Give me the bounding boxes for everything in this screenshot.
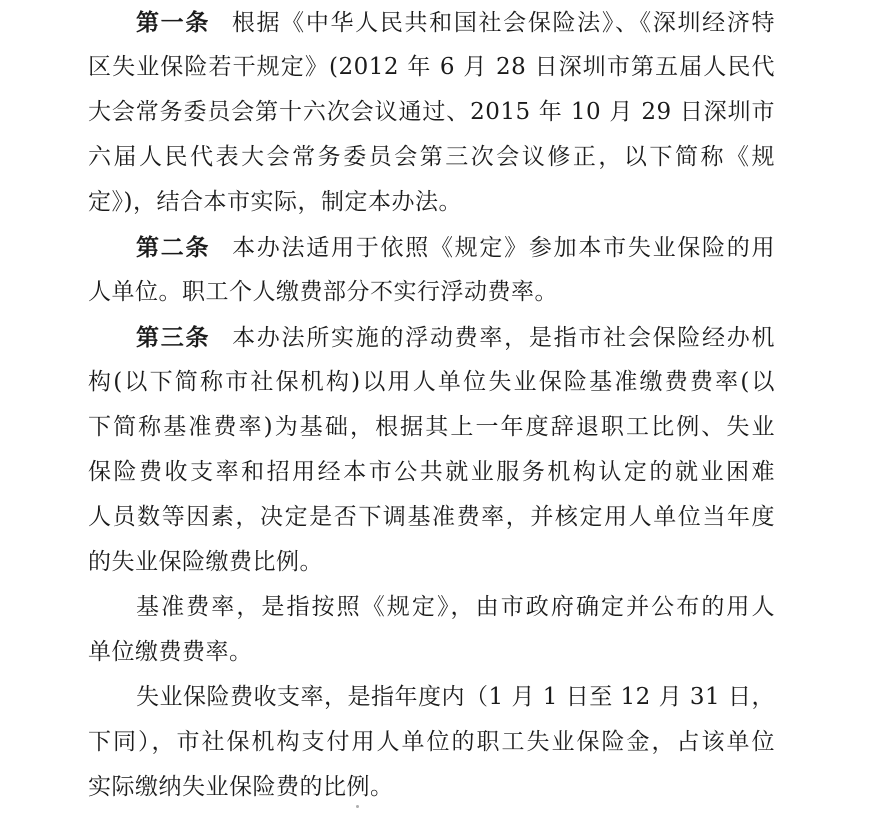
text-line: 定》)，结合本市实际，制定本办法。: [88, 180, 775, 225]
article-number-label: 第三条: [136, 324, 210, 351]
text-line: 六届人民代表大会常务委员会第三次会议修正，以下简称《规: [88, 135, 775, 180]
text-line: 区失业保险若干规定》(2012 年 6 月 28 日深圳市第五届人民代表: [88, 45, 775, 90]
text-line: 的失业保险缴费比例。: [88, 540, 775, 585]
text-line: 基准费率，是指按照《规定》，由市政府确定并公布的用人: [88, 585, 775, 630]
text-line-content: 根据《中华人民共和国社会保险法》、《深圳经济特: [232, 10, 775, 36]
text-line: 下简称基准费率)为基础，根据其上一年度辞退职工比例、失业: [88, 405, 775, 450]
text-line: 实际缴纳失业保险费的比例。: [88, 765, 775, 810]
text-line: 第一条根据《中华人民共和国社会保险法》、《深圳经济特: [88, 0, 775, 45]
paragraph-article-2: 第二条本办法适用于依照《规定》参加本市失业保险的用 人单位。职工个人缴费部分不实…: [88, 225, 775, 315]
text-line: 大会常务委员会第十六次会议通过、2015 年 10 月 29 日深圳市第: [88, 90, 775, 135]
document-page: 第一条根据《中华人民共和国社会保险法》、《深圳经济特 区失业保险若干规定》(20…: [0, 0, 871, 815]
text-line: 第三条本办法所实施的浮动费率，是指市社会保险经办机: [88, 315, 775, 360]
text-line: 下同），市社保机构支付用人单位的职工失业保险金，占该单位: [88, 720, 775, 765]
paragraph-article-3: 第三条本办法所实施的浮动费率，是指市社会保险经办机 构(以下简称市社保机构)以用…: [88, 315, 775, 585]
scan-speck: [356, 805, 359, 808]
text-line: 保险费收支率和招用经本市公共就业服务机构认定的就业困难: [88, 450, 775, 495]
document-body: 第一条根据《中华人民共和国社会保险法》、《深圳经济特 区失业保险若干规定》(20…: [88, 0, 775, 810]
text-line: 人单位。职工个人缴费部分不实行浮动费率。: [88, 270, 775, 315]
text-line-content: 本办法所实施的浮动费率，是指市社会保险经办机: [232, 325, 775, 351]
paragraph-article-1: 第一条根据《中华人民共和国社会保险法》、《深圳经济特 区失业保险若干规定》(20…: [88, 0, 775, 225]
text-line: 第二条本办法适用于依照《规定》参加本市失业保险的用: [88, 225, 775, 270]
text-line: 人员数等因素，决定是否下调基准费率，并核定用人单位当年度: [88, 495, 775, 540]
article-number-label: 第二条: [136, 234, 210, 261]
text-line: 失业保险费收支率，是指年度内（1 月 1 日至 12 月 31 日，: [88, 675, 775, 720]
paragraph-definition-base-rate: 基准费率，是指按照《规定》，由市政府确定并公布的用人 单位缴费费率。: [88, 585, 775, 675]
article-number-label: 第一条: [136, 9, 210, 36]
paragraph-definition-payout-ratio: 失业保险费收支率，是指年度内（1 月 1 日至 12 月 31 日， 下同），市…: [88, 675, 775, 810]
text-line: 构(以下简称市社保机构)以用人单位失业保险基准缴费费率(以: [88, 360, 775, 405]
text-line: 单位缴费费率。: [88, 630, 775, 675]
text-line-content: 本办法适用于依照《规定》参加本市失业保险的用: [232, 235, 775, 261]
